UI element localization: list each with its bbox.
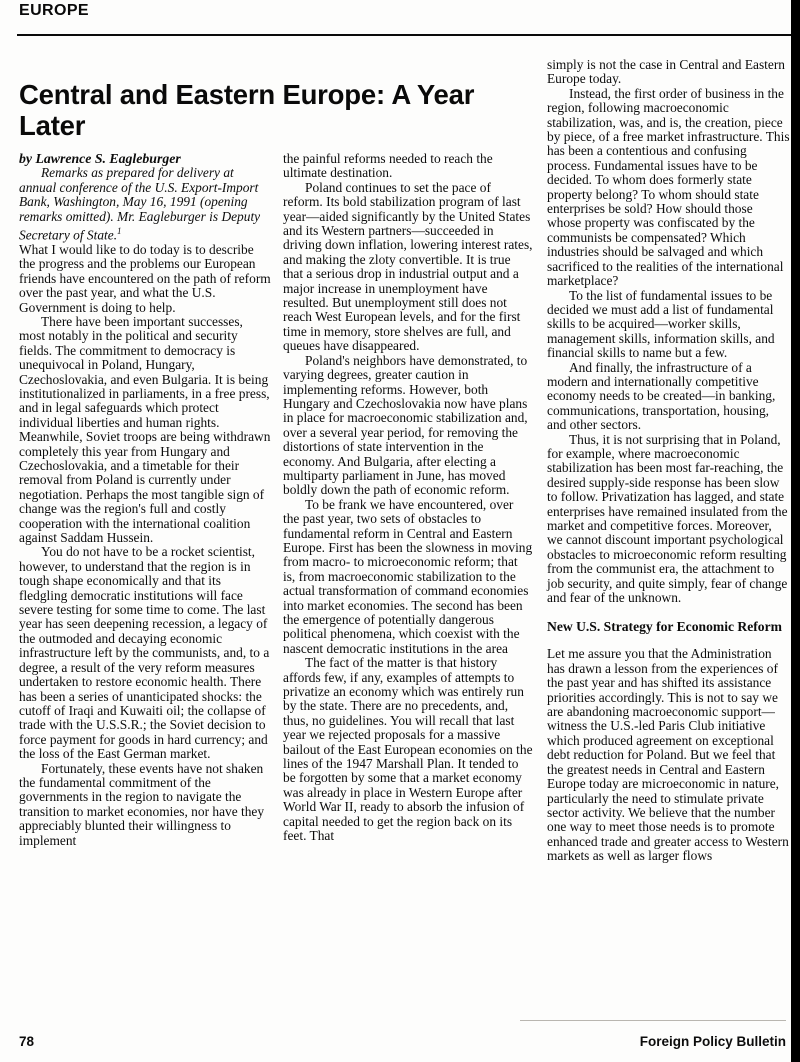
intro-text: Remarks as prepared for delivery at annu… — [19, 165, 260, 242]
paragraph: To the list of fundamental issues to be … — [547, 289, 790, 361]
article-column-2: the painful reforms needed to reach the … — [283, 152, 533, 844]
paragraph: Instead, the first order of business in … — [547, 87, 790, 289]
article-title: Central and Eastern Europe: A Year Later — [19, 80, 543, 142]
paragraph: Fortunately, these events have not shake… — [19, 762, 271, 848]
footer-scan-line — [520, 1020, 786, 1021]
article-column-3: simply is not the case in Central and Ea… — [547, 58, 790, 864]
paragraph: There have been important successes, mos… — [19, 315, 271, 546]
paragraph: You do not have to be a rocket scientist… — [19, 545, 271, 761]
paragraph: The fact of the matter is that history a… — [283, 656, 533, 843]
page-number: 78 — [19, 1034, 34, 1049]
paragraph: Poland continues to set the pace of refo… — [283, 181, 533, 354]
magazine-page: EUROPE Central and Eastern Europe: A Yea… — [0, 0, 800, 1062]
section-kicker: EUROPE — [19, 2, 89, 20]
header-rule — [17, 34, 791, 36]
article-byline: by Lawrence S. Eagleburger — [19, 152, 271, 166]
article-intro-note: Remarks as prepared for delivery at annu… — [19, 166, 271, 243]
column-1-paragraphs: What I would like to do today is to desc… — [19, 243, 271, 848]
paragraph: Thus, it is not surprising that in Polan… — [547, 433, 790, 606]
paragraph: Poland's neighbors have demonstrated, to… — [283, 354, 533, 498]
journal-name: Foreign Policy Bulletin — [640, 1034, 786, 1049]
paragraph: To be frank we have encountered, over th… — [283, 498, 533, 656]
paragraph: Let me assure you that the Administratio… — [547, 647, 790, 863]
paragraph: simply is not the case in Central and Ea… — [547, 58, 790, 87]
footnote-marker: 1 — [117, 226, 122, 236]
article-column-1: by Lawrence S. Eagleburger Remarks as pr… — [19, 152, 271, 848]
paragraph: And finally, the infrastructure of a mod… — [547, 361, 790, 433]
paragraph: the painful reforms needed to reach the … — [283, 152, 533, 181]
section-heading: New U.S. Strategy for Economic Reform — [547, 619, 790, 634]
scan-edge-bar — [791, 0, 800, 1062]
paragraph: What I would like to do today is to desc… — [19, 243, 271, 315]
